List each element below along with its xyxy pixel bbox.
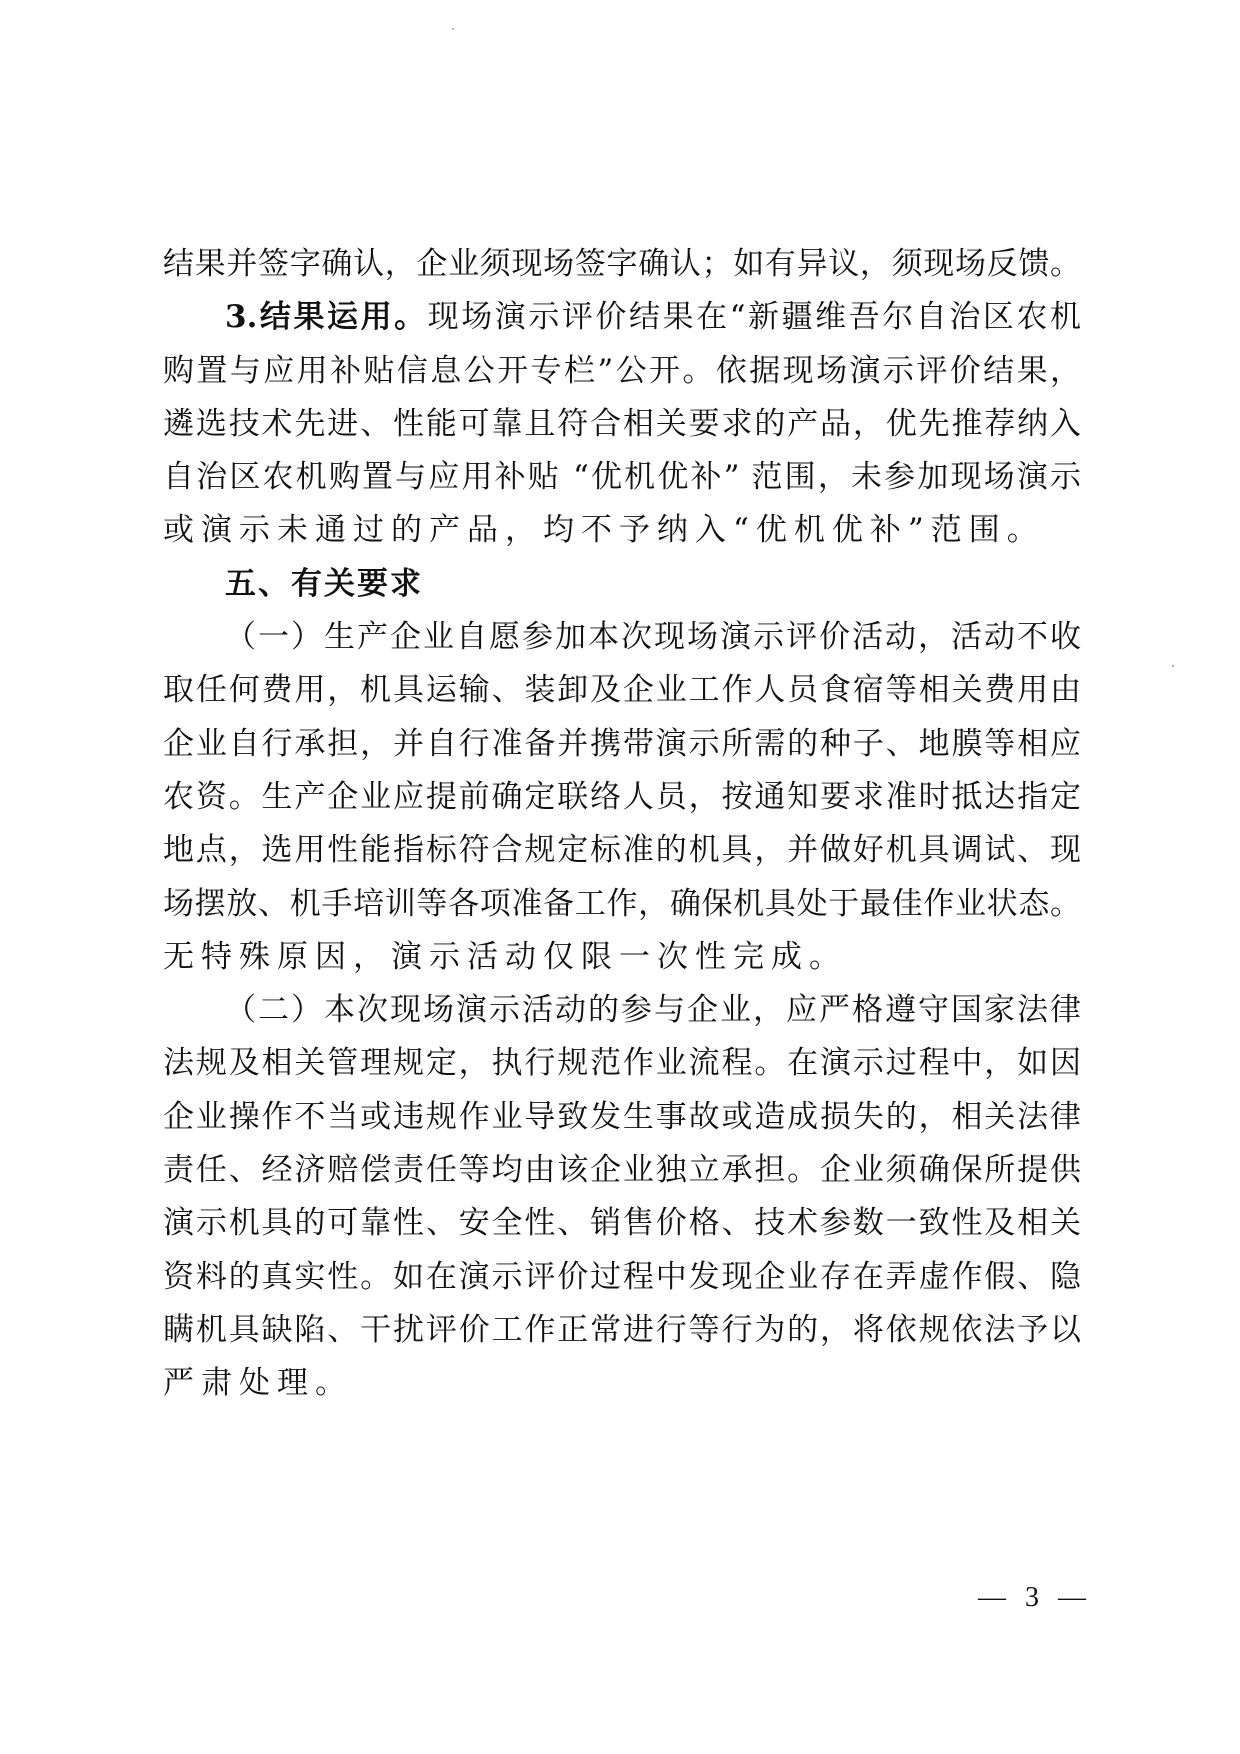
paragraph-line: 演示机具的可靠性、安全性、销售价格、技术参数一致性及相关 xyxy=(163,1197,1081,1250)
paragraph-line: 自治区农机购置与应用补贴 “优机优补” 范围，未参加现场演示 xyxy=(163,451,1081,504)
numbered-subheading: 3.结果运用。 xyxy=(225,299,428,335)
paragraph-line: 法规及相关管理规定，执行规范作业流程。在演示过程中，如因 xyxy=(163,1037,1081,1090)
paragraph-line: 结果并签字确认，企业须现场签字确认；如有异议，须现场反馈。 xyxy=(163,238,1081,291)
paragraph-line: 购置与应用补贴信息公开专栏”公开。依据现场演示评价结果， xyxy=(163,345,1081,398)
paragraph-text: 现场演示评价结果在“新疆维吾尔自治区农机 xyxy=(428,299,1081,335)
paragraph-line: 严肃处理。 xyxy=(163,1357,1081,1410)
paragraph-line: 取任何费用，机具运输、装卸及企业工作人员食宿等相关费用由 xyxy=(163,664,1081,717)
paragraph-line: 农资。生产企业应提前确定联络人员，按通知要求准时抵达指定 xyxy=(163,771,1081,824)
paragraph-line: 瞒机具缺陷、干扰评价工作正常进行等行为的，将依规依法予以 xyxy=(163,1304,1081,1357)
document-body: 结果并签字确认，企业须现场签字确认；如有异议，须现场反馈。 3.结果运用。现场演… xyxy=(163,238,1081,1411)
paragraph-line: 企业自行承担，并自行准备并携带演示所需的种子、地膜等相应 xyxy=(163,718,1081,771)
paragraph-line: 遴选技术先进、性能可靠且符合相关要求的产品，优先推荐纳入 xyxy=(163,398,1081,451)
paragraph-line: 地点，选用性能指标符合规定标准的机具，并做好机具调试、现 xyxy=(163,824,1081,877)
paragraph-line: 企业操作不当或违规作业导致发生事故或造成损失的，相关法律 xyxy=(163,1091,1081,1144)
paragraph-line: 无特殊原因，演示活动仅限一次性完成。 xyxy=(163,931,1081,984)
paragraph-line: 资料的真实性。如在演示评价过程中发现企业存在弄虚作假、隐 xyxy=(163,1251,1081,1304)
document-page: 结果并签字确认，企业须现场签字确认；如有异议，须现场反馈。 3.结果运用。现场演… xyxy=(0,0,1240,1754)
page-number: — 3 — xyxy=(978,1582,1092,1614)
paragraph-line: 或演示未通过的产品，均不予纳入“优机优补”范围。 xyxy=(163,504,1081,557)
paragraph-line: 场摆放、机手培训等各项准备工作，确保机具处于最佳作业状态。 xyxy=(163,878,1081,931)
paragraph-line: 3.结果运用。现场演示评价结果在“新疆维吾尔自治区农机 xyxy=(163,291,1081,344)
section-heading: 五、有关要求 xyxy=(163,558,1081,611)
paragraph-line: （二）本次现场演示活动的参与企业，应严格遵守国家法律 xyxy=(163,984,1081,1037)
paragraph-line: 责任、经济赔偿责任等均由该企业独立承担。企业须确保所提供 xyxy=(163,1144,1081,1197)
scan-speck xyxy=(452,28,454,30)
scan-speck xyxy=(1172,665,1174,667)
paragraph-line: （一）生产企业自愿参加本次现场演示评价活动，活动不收 xyxy=(163,611,1081,664)
